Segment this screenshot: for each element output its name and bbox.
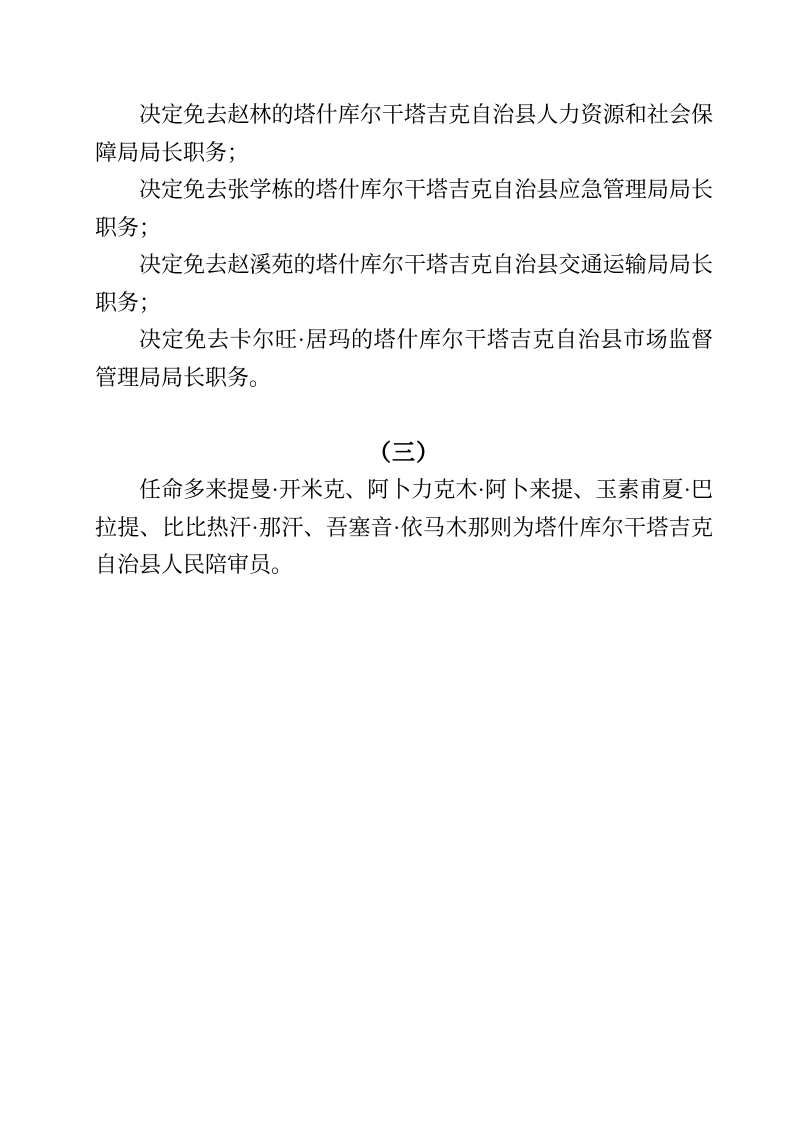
section-heading: （三）	[95, 434, 713, 472]
appointment-paragraph: 任命多来提曼·开米克、阿卜力克木·阿卜来提、玉素甫夏·巴拉提、比比热汗·那汗、吾…	[95, 471, 713, 584]
dismissal-paragraph-1: 决定免去赵林的塔什库尔干塔吉克自治县人力资源和社会保障局局长职务；	[95, 96, 713, 171]
document-content: 决定免去赵林的塔什库尔干塔吉克自治县人力资源和社会保障局局长职务； 决定免去张学…	[95, 96, 713, 584]
dismissal-paragraph-4: 决定免去卡尔旺·居玛的塔什库尔干塔吉克自治县市场监督管理局局长职务。	[95, 321, 713, 396]
dismissal-paragraph-2: 决定免去张学栋的塔什库尔干塔吉克自治县应急管理局局长职务；	[95, 171, 713, 246]
dismissal-paragraph-3: 决定免去赵溪苑的塔什库尔干塔吉克自治县交通运输局局长职务；	[95, 246, 713, 321]
document-page: 决定免去赵林的塔什库尔干塔吉克自治县人力资源和社会保障局局长职务； 决定免去张学…	[0, 0, 793, 1122]
